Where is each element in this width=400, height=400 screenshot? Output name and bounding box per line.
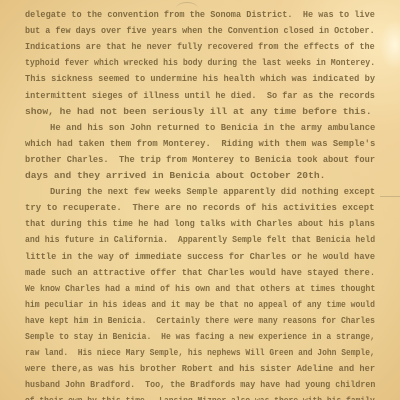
- paper-stain: [380, 20, 400, 70]
- text-line: typhoid fever which wrecked his body dur…: [25, 57, 375, 69]
- text-line: him peculiar in his ideas and it may be …: [25, 299, 375, 311]
- text-line: husband John Bradford. Too, the Bradford…: [25, 379, 375, 391]
- text-line: During the next few weeks Semple apparen…: [50, 186, 375, 198]
- text-line: try to recuperate. There are no records …: [25, 202, 375, 214]
- text-line: were there,as was his brother Robert and…: [25, 363, 375, 375]
- text-line: brother Charles. The trip from Monterey …: [25, 154, 375, 166]
- text-line: We know Charles had a mind of his own an…: [25, 283, 375, 295]
- text-line: of their own by this time. Lansing Mizne…: [25, 395, 375, 400]
- text-line: Indications are that he never fully reco…: [25, 41, 375, 53]
- text-line: little in the way of immediate success f…: [25, 251, 375, 263]
- margin-mark: [380, 196, 400, 197]
- text-line: and his future in California. Apparently…: [25, 234, 375, 246]
- text-line: show, he had not been seriously ill at a…: [25, 106, 372, 118]
- text-line: that during this time he had long talks …: [25, 218, 375, 230]
- text-line: Semple to stay in Benicia. He was facing…: [25, 331, 375, 343]
- text-line: but a few days over five years when the …: [25, 25, 375, 37]
- text-line: This sickness seemed to undermine his he…: [25, 73, 375, 85]
- text-line: intermittent sieges of illness until he …: [25, 90, 375, 102]
- text-line: days and they arrived in Benicia about O…: [25, 170, 325, 182]
- document-page: delegate to the convention from the Sono…: [0, 0, 400, 400]
- text-line: have kept him in Benicia. Certainly ther…: [25, 315, 375, 327]
- text-line: raw land. His niece Mary Semple, his nep…: [25, 347, 375, 359]
- text-line: delegate to the convention from the Sono…: [25, 9, 375, 21]
- text-line: made such an attractive offer that Charl…: [25, 267, 375, 279]
- text-line: which had taken them from Monterey. Ridi…: [25, 138, 375, 150]
- text-line: He and his son John returned to Benicia …: [50, 122, 375, 134]
